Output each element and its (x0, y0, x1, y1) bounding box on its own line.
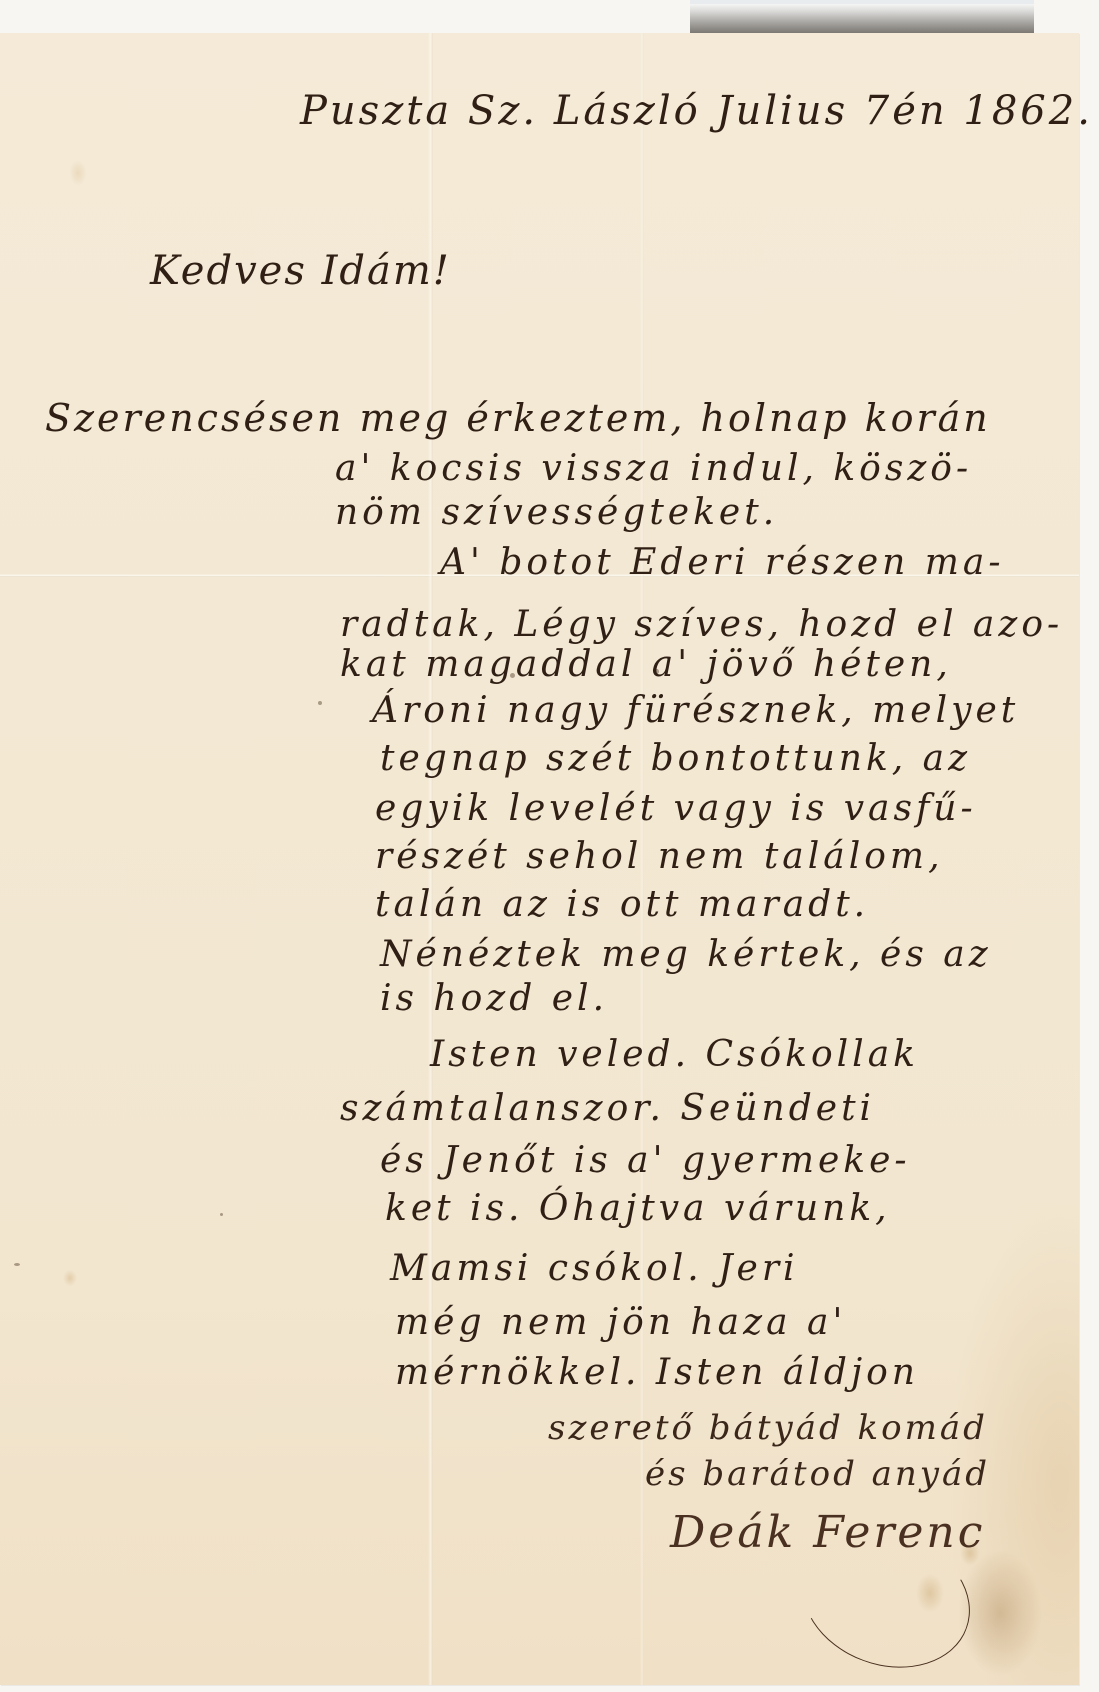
scanner-shadow-bar (690, 0, 1034, 36)
ink-speck (318, 701, 322, 705)
ink-speck (220, 1213, 223, 1216)
letter-closing-line: szerető bátyád komád (548, 1411, 988, 1445)
letter-line: a' kocsis vissza indul, köszö- (335, 451, 972, 487)
letter-line: Nénéztek meg kértek, és az (380, 937, 992, 973)
letter-line: egyik levelét vagy is vasfű- (375, 791, 977, 827)
letter-line: radtak, Légy szíves, hozd el azo- (340, 607, 1063, 643)
letter-line: Szerencsésen meg érkeztem, holnap korán (45, 399, 991, 437)
scanner-bar-edge (690, 0, 1034, 4)
letter-line: még nem jön haza a' (395, 1305, 846, 1341)
letter-line: részét sehol nem találom, (375, 839, 944, 875)
letter-line: kat magaddal a' jövő héten, (340, 647, 952, 683)
letter-page: Puszta Sz. László Julius 7én 1862. Kedve… (0, 33, 1079, 1685)
letter-line: tegnap szét bontottunk, az (380, 741, 971, 777)
letter-line: ket is. Óhajtva várunk, (385, 1191, 891, 1227)
letter-line: számtalanszor. Seündeti (340, 1091, 875, 1127)
letter-closing-line: és barátod anyád (645, 1457, 990, 1491)
letter-line: és Jenőt is a' gyermeke- (380, 1143, 911, 1179)
letter-line: is hozd el. (380, 981, 608, 1017)
letter-line: mérnökkel. Isten áldjon (395, 1355, 919, 1391)
letter-line: Mamsi csókol. Jeri (390, 1251, 799, 1287)
letter-line: Ároni nagy fürésznek, melyet (372, 693, 1019, 729)
letter-line: Isten veled. Csókollak (430, 1037, 919, 1073)
letter-date-heading: Puszta Sz. László Julius 7én 1862. (300, 91, 1093, 131)
ink-speck (14, 1263, 20, 1266)
letter-line: nöm szívességteket. (335, 495, 778, 531)
letter-line: A' botot Ederi részen ma- (440, 545, 1005, 581)
letter-salutation: Kedves Idám! (150, 251, 451, 291)
letter-line: talán az is ott maradt. (375, 887, 869, 923)
